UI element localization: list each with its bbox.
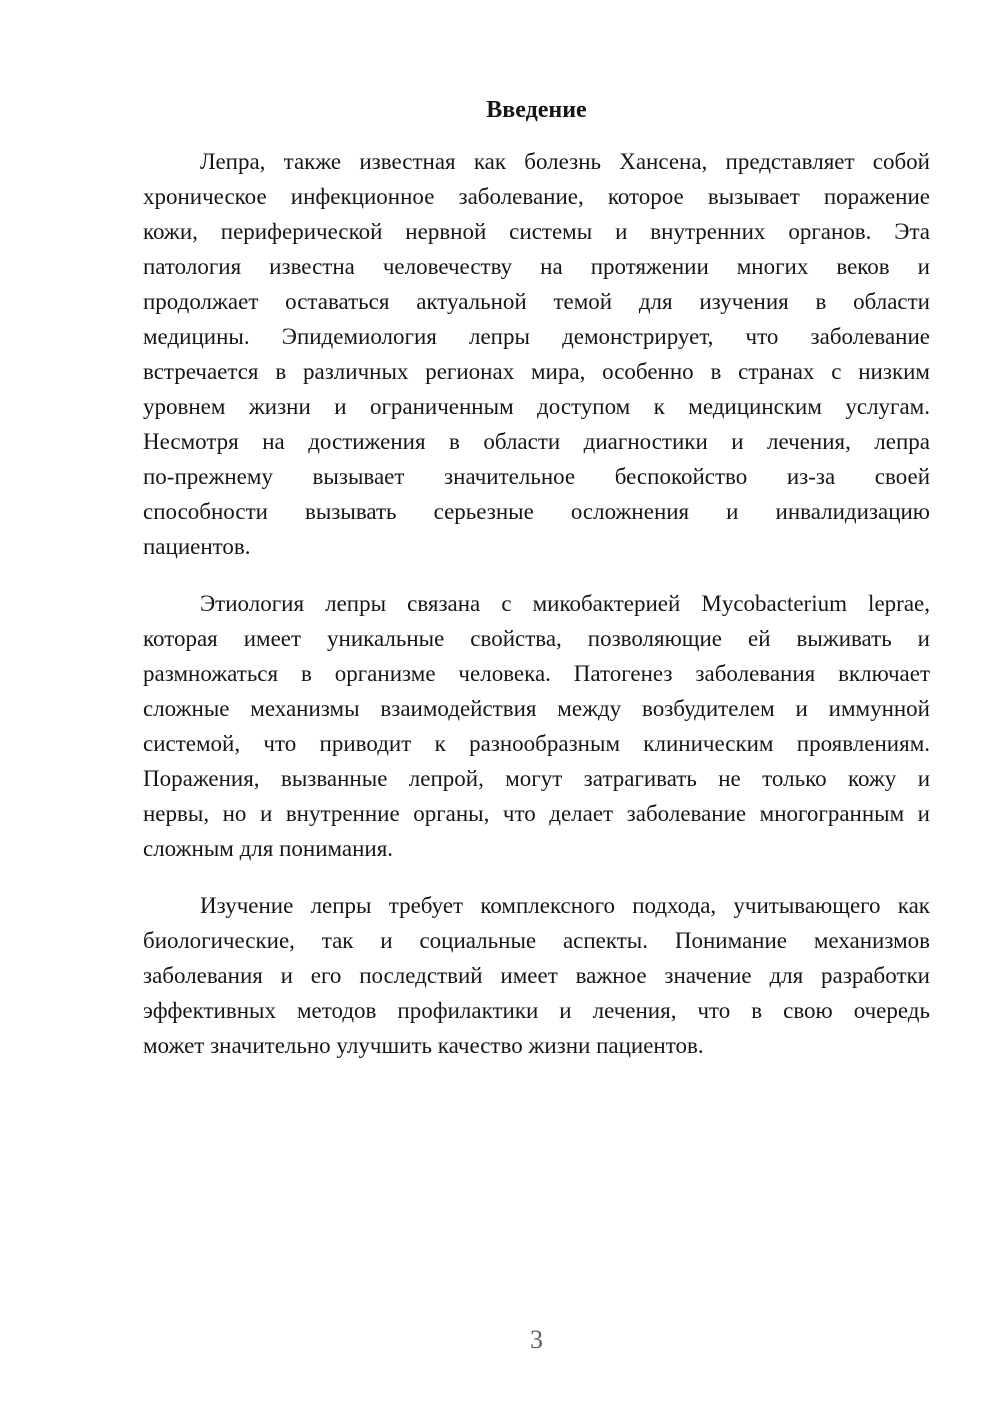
text-line: продолжает оставаться актуальной темой д…: [143, 284, 930, 319]
page-number: 3: [143, 1322, 930, 1357]
document-page: Введение Лепра, также известная как боле…: [0, 0, 1000, 1414]
section-title: Введение: [143, 93, 930, 128]
text-line: размножаться в организме человека. Патог…: [143, 656, 930, 691]
paragraphs-container: Лепра, также известная как болезнь Хансе…: [143, 144, 930, 1063]
text-line: может значительно улучшить качество жизн…: [143, 1028, 930, 1063]
document-content: Введение Лепра, также известная как боле…: [0, 0, 1000, 1063]
text-line: Этиология лепры связана с микобактерией …: [143, 586, 930, 621]
paragraph: Лепра, также известная как болезнь Хансе…: [143, 144, 930, 564]
text-line: биологические, так и социальные аспекты.…: [143, 923, 930, 958]
text-line: эффективных методов профилактики и лечен…: [143, 993, 930, 1028]
text-line: Поражения, вызванные лепрой, могут затра…: [143, 761, 930, 796]
text-line: заболевания и его последствий имеет важн…: [143, 958, 930, 993]
text-line: уровнем жизни и ограниченным доступом к …: [143, 389, 930, 424]
text-line: по-прежнему вызывает значительное беспок…: [143, 459, 930, 494]
text-line: патология известна человечеству на протя…: [143, 249, 930, 284]
text-line: нервы, но и внутренние органы, что делае…: [143, 796, 930, 831]
text-line: сложные механизмы взаимодействия между в…: [143, 691, 930, 726]
text-line: кожи, периферической нервной системы и в…: [143, 214, 930, 249]
text-line: Несмотря на достижения в области диагнос…: [143, 424, 930, 459]
text-line: которая имеет уникальные свойства, позво…: [143, 621, 930, 656]
text-line: хроническое инфекционное заболевание, ко…: [143, 179, 930, 214]
text-line: способности вызывать серьезные осложнени…: [143, 494, 930, 529]
text-line: встречается в различных регионах мира, о…: [143, 354, 930, 389]
paragraph: Изучение лепры требует комплексного подх…: [143, 888, 930, 1063]
text-line: медицины. Эпидемиология лепры демонстрир…: [143, 319, 930, 354]
paragraph: Этиология лепры связана с микобактерией …: [143, 586, 930, 866]
text-line: пациентов.: [143, 529, 930, 564]
text-line: Изучение лепры требует комплексного подх…: [143, 888, 930, 923]
text-line: сложным для понимания.: [143, 831, 930, 866]
text-line: системой, что приводит к разнообразным к…: [143, 726, 930, 761]
text-line: Лепра, также известная как болезнь Хансе…: [143, 144, 930, 179]
